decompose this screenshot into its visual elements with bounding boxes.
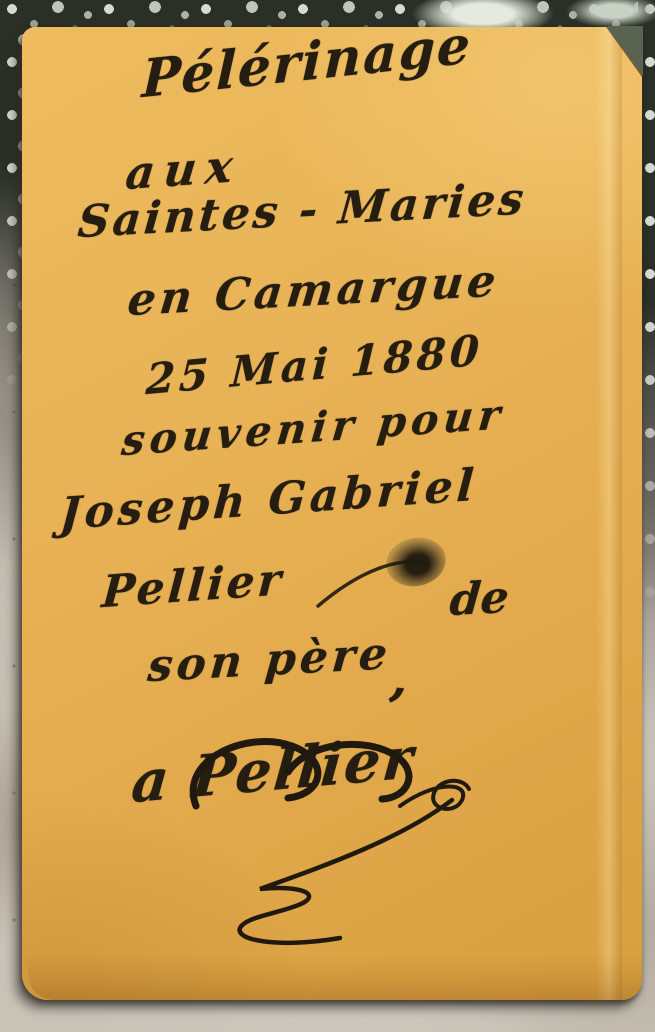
handwriting-surname: Pellier [100, 554, 285, 618]
handwriting-title: Pélérinage [141, 14, 473, 110]
handwriting-de: de [448, 572, 511, 626]
handwriting-son-pere: son père [146, 628, 394, 692]
card-crease [596, 27, 622, 1000]
ink-blot [382, 532, 451, 591]
clipped-corner [607, 26, 643, 76]
card-bottom-bevel [28, 954, 642, 1000]
granite-light-patch [566, 0, 655, 28]
handwriting-date: 25 Mai 1880 [145, 325, 485, 404]
handwriting-camargue: en Camargue [125, 255, 502, 326]
handwritten-card: Pélérinage aux Saintes - Maries en Camar… [22, 27, 642, 1000]
handwriting-name: Joseph Gabriel [58, 460, 479, 541]
handwriting-signature: a Pellier [129, 724, 417, 816]
photograph: Pélérinage aux Saintes - Maries en Camar… [0, 0, 655, 1032]
